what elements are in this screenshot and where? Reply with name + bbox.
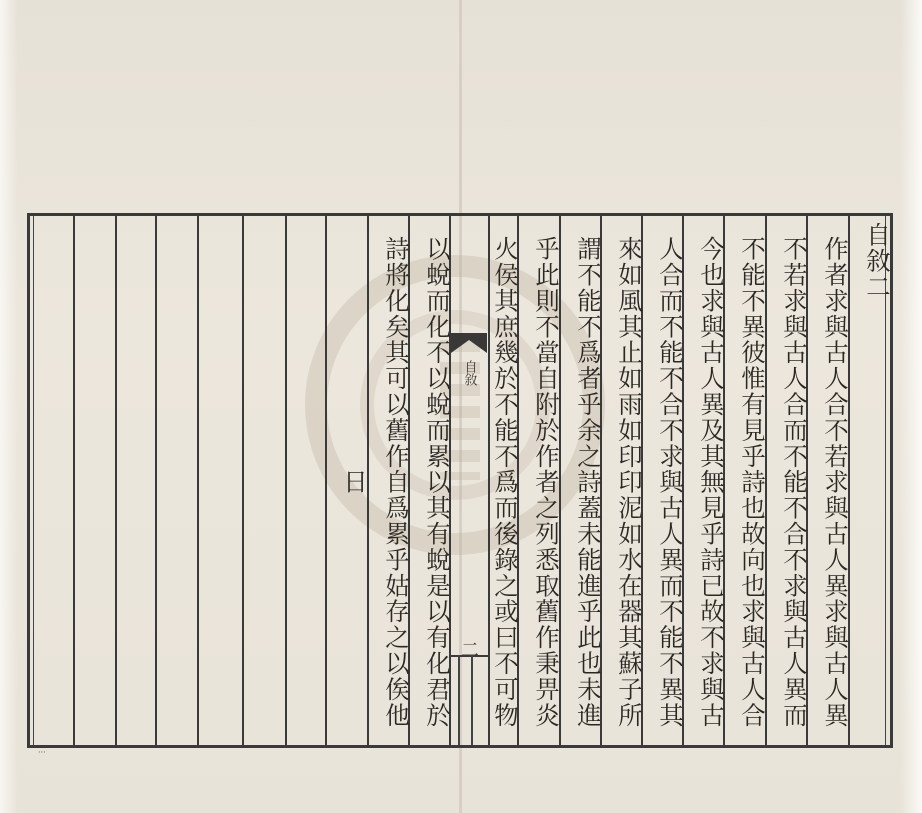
text-column-12: 日 [325,222,367,742]
text-column-9: 火侯其庶幾於不能不爲而後錄之或曰不可物 [488,222,518,742]
text-column-4: 今也求與古人異及其無見乎詩已故不求與古 [682,222,724,742]
text-column-3: 不能不異彼惟有見乎詩也故向也求與古人合 [723,222,765,742]
section-title: 自敘二 [848,222,890,742]
banxin-page-number: 二 [455,636,485,662]
banxin-divider [450,655,490,657]
corner-mark: ··· [38,748,46,757]
banxin-title: 自敘 [459,360,479,386]
column-rule [73,216,75,745]
text-column-7: 謂不能不爲者乎余之詩蓋未能進乎此也未進 [559,222,601,742]
page-edge-right [900,0,922,813]
banxin-subrule [458,655,460,745]
column-rule [242,216,244,745]
page-edge-left [0,0,18,813]
banxin-subrule [471,655,473,745]
text-column-8: 乎此則不當自附於作者之列悉取舊作秉畀炎 [517,222,559,742]
column-rule [197,216,199,745]
text-column-11: 詩將化矣其可以舊作自爲累乎姑存之以俟他 [367,222,409,742]
text-column-10: 以蛻而化不以蛻而累以其有蛻是以有化君於 [408,222,450,742]
text-column-2: 不若求與古人合而不能不合不求與古人異而 [765,222,807,742]
banxin-title-text: 自敘 [462,360,477,386]
column-rule [155,216,157,745]
text-column-5: 人合而不能不合不求與古人異而不能不異其 [641,222,683,742]
text-column-6: 來如風其止如雨如印印泥如水在器其蘇子所 [600,222,642,742]
column-rule [115,216,117,745]
column-rule [285,216,287,745]
text-column-1: 作者求與古人合不若求與古人異求與古人異 [806,222,848,742]
